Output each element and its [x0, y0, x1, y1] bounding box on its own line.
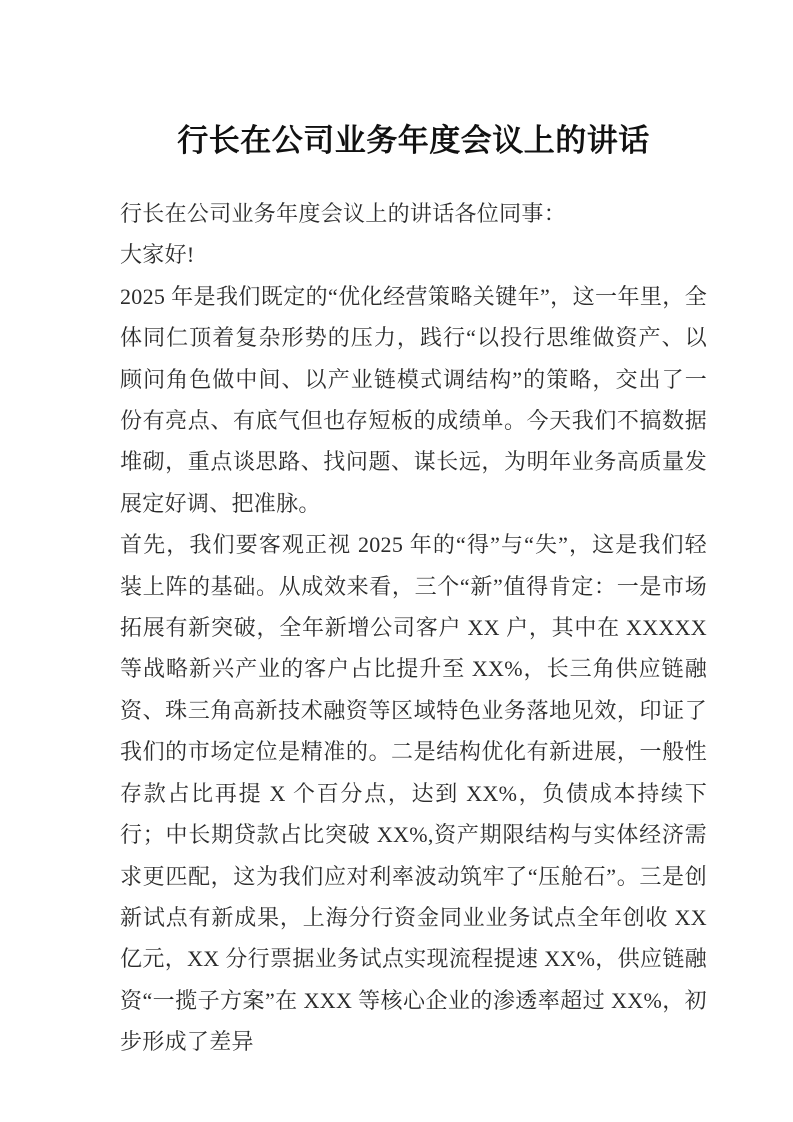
paragraph-greeting: 大家好! — [120, 234, 707, 275]
document-body: 行长在公司业务年度会议上的讲话各位同事： 大家好! 2025 年是我们既定的“优… — [120, 193, 707, 1063]
document-page: 行长在公司业务年度会议上的讲话 行长在公司业务年度会议上的讲话各位同事： 大家好… — [0, 0, 793, 1122]
paragraph-review: 首先，我们要客观正视 2025 年的“得”与“失”，这是我们轻装上阵的基础。从成… — [120, 524, 707, 1062]
document-title: 行长在公司业务年度会议上的讲话 — [120, 121, 707, 161]
paragraph-intro: 2025 年是我们既定的“优化经营策略关键年”，这一年里，全体同仁顶着复杂形势的… — [120, 276, 707, 524]
paragraph-salutation: 行长在公司业务年度会议上的讲话各位同事： — [120, 193, 707, 234]
